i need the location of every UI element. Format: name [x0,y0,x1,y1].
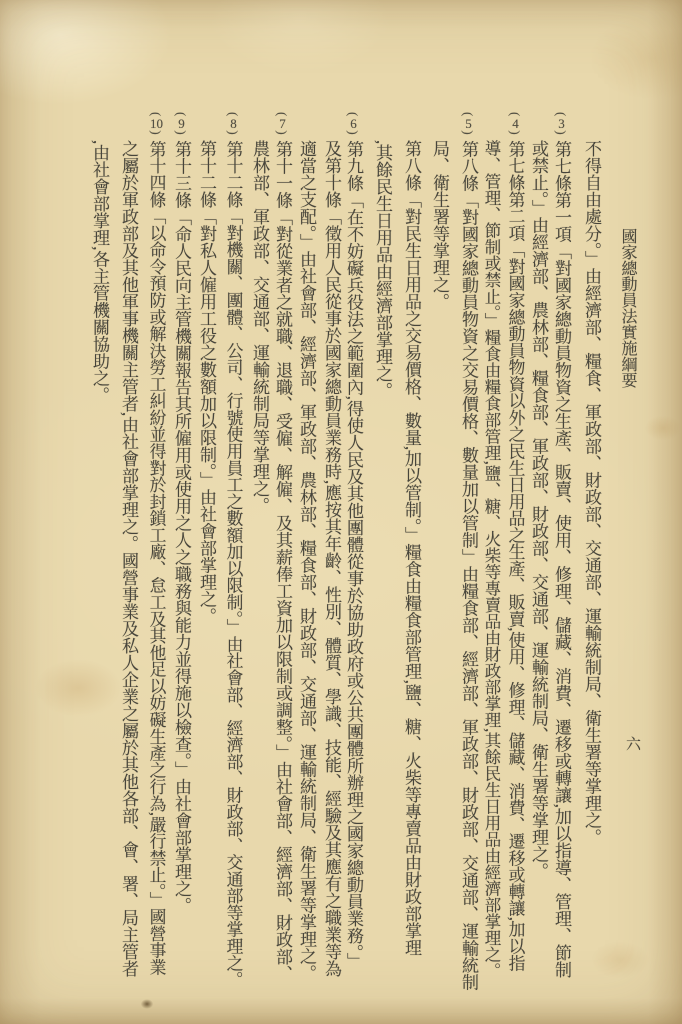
column-text: 導、管理、節制或禁止。」糧食由糧食部管理,鹽、糖、火柴等專賣品由財政部掌理,其餘… [482,140,501,979]
column-text: 第十二條「對機關、團體、公司、行號使用員工之數額加以限制。」由社會部、經濟部、財… [224,141,243,988]
item-number: (8) [226,112,241,136]
column-text: 第十四條「以命令預防或解決勞工糾紛並得對於封鎖工廠、怠工及其他足以妨礙生產之行為… [147,141,166,976]
item-number: (6) [346,112,361,136]
law-item-column: (8)第十二條「對機關、團體、公司、行號使用員工之數額加以限制。」由社會部、經濟… [220,112,244,1018]
column-text: 第七條第一項「對國家總動員物資之生產、販賣、使用、修理、儲藏、消費、遷移或轉讓,… [552,141,571,978]
item-number: (7) [275,112,290,136]
column-text: 適當之支配。」由社會部、經濟部、軍政部、農林部、糧食部、財政部、交通部、運輸統制… [297,140,316,982]
column-text: 第十二條「對私人僱用工役之數額加以限制。」由社會部掌理之。 [197,140,216,625]
column-text: 不得自由處分。」由經濟部、糧食、軍政部、財政部、交通部、運輸統制局、衛生署等掌理… [582,140,601,846]
column-text: 或禁止。」由經濟部、農林部、糧食部、軍政部、財政部、交通部、運輸統制局、衛生署等… [529,140,548,880]
column-text: 之屬於軍政部及其他軍事機關主管者,由社會部掌理之。國營事業及私人企業之屬於其他各… [119,140,138,977]
page-number: 六 [622,736,643,751]
column-text: 農林部、軍政部、交通部、運輸統制局等掌理之。 [250,140,269,514]
column-text: 第十三條「命人民向主管機關報告其所僱用或使用之人之職務與能力並得施以檢查。」由社… [172,141,191,915]
column-text: 第八條「對民生日用品之交易價格、數量,加以管制。」糧食由糧食部管理,鹽、糖、火柴… [402,140,421,956]
text-column: ,其餘民生日用品由經濟部掌理之。 [369,140,393,1018]
text-column: 及第十條「徵用人民從事於國家總動員業務時,應按其年齡、性別、體質、學識、技能、經… [318,140,342,1018]
column-text: ,由社會部掌理,各主管機關協助之。 [90,140,109,404]
item-number: (5) [461,112,476,136]
text-column: 適當之支配。」由社會部、經濟部、軍政部、農林部、糧食部、財政部、交通部、運輸統制… [293,140,317,1018]
text-column: 農林部、軍政部、交通部、運輸統制局等掌理之。 [246,140,270,1018]
text-column: 第十二條「對私人僱用工役之數額加以限制。」由社會部掌理之。 [193,140,217,1018]
law-item-column: (7)第十一條「對從業者之就職、退職、受僱、解僱、及其薪俸工資加以限制或調整。」… [269,112,293,1018]
text-column: ,由社會部掌理,各主管機關協助之。 [86,140,110,1018]
page-title: 國家總動員法實施綱要 [616,228,638,388]
column-text: 第八條「對國家總動員物資之交易價格、數量加以管制」由糧食部、經濟部、軍政部、財政… [459,141,478,991]
item-number: (3) [554,112,569,136]
text-column: 第八條「對民生日用品之交易價格、數量,加以管制。」糧食由糧食部管理,鹽、糖、火柴… [398,140,422,1018]
text-column: 之屬於軍政部及其他軍事機關主管者,由社會部掌理之。國營事業及私人企業之屬於其他各… [115,140,139,1018]
item-number: (9) [174,112,189,136]
column-text: 第十一條「對從業者之就職、退職、受僱、解僱、及其薪俸工資加以限制或調整。」由社會… [273,141,292,983]
law-item-column: (6)第九條「在不妨礙兵役法之範圍內,得使人民及其他團體從事於協助政府或公共團體… [340,112,364,1018]
item-number: (4) [508,112,523,136]
law-item-column: (5)第八條「對國家總動員物資之交易價格、數量加以管制」由糧食部、經濟部、軍政部… [455,112,479,1018]
law-item-column: (3)第七條第一項「對國家總動員物資之生產、販賣、使用、修理、儲藏、消費、遷移或… [548,112,572,1018]
text-column: 導、管理、節制或禁止。」糧食由糧食部管理,鹽、糖、火柴等專賣品由財政部掌理,其餘… [478,140,502,1018]
law-item-column: (9)第十三條「命人民向主管機關報告其所僱用或使用之人之職務與能力並得施以檢查。… [168,112,192,1018]
column-text: 局、衛生署等掌理之。 [430,140,449,310]
column-text: ,其餘民生日用品由經濟部掌理之。 [373,140,392,399]
column-text: 第九條「在不妨礙兵役法之範圍內,得使人民及其他團體從事於協助政府或公共團體所辦理… [344,141,363,970]
column-text: 第七條第二項「對國家總動員物資以外之民生日用品之生產、販賣,使用、修理、儲藏、消… [506,141,525,972]
law-item-column: (4)第七條第二項「對國家總動員物資以外之民生日用品之生產、販賣,使用、修理、儲… [502,112,526,1018]
law-item-column: (10)第十四條「以命令預防或解決勞工糾紛並得對於封鎖工廠、怠工及其他足以妨礙生… [143,112,167,1018]
column-text: 及第十條「徵用人民從事於國家總動員業務時,應按其年齡、性別、體質、學識、技能、經… [322,140,341,977]
text-column: 不得自由處分。」由經濟部、糧食、軍政部、財政部、交通部、運輸統制局、衛生署等掌理… [578,140,602,1018]
item-number: (10) [149,112,164,136]
text-column: 或禁止。」由經濟部、農林部、糧食部、軍政部、財政部、交通部、運輸統制局、衛生署等… [525,140,549,1018]
document-page: 國家總動員法實施綱要 六 不得自由處分。」由經濟部、糧食、軍政部、財政部、交通部… [0,0,682,1024]
text-column: 局、衛生署等掌理之。 [426,140,450,1018]
